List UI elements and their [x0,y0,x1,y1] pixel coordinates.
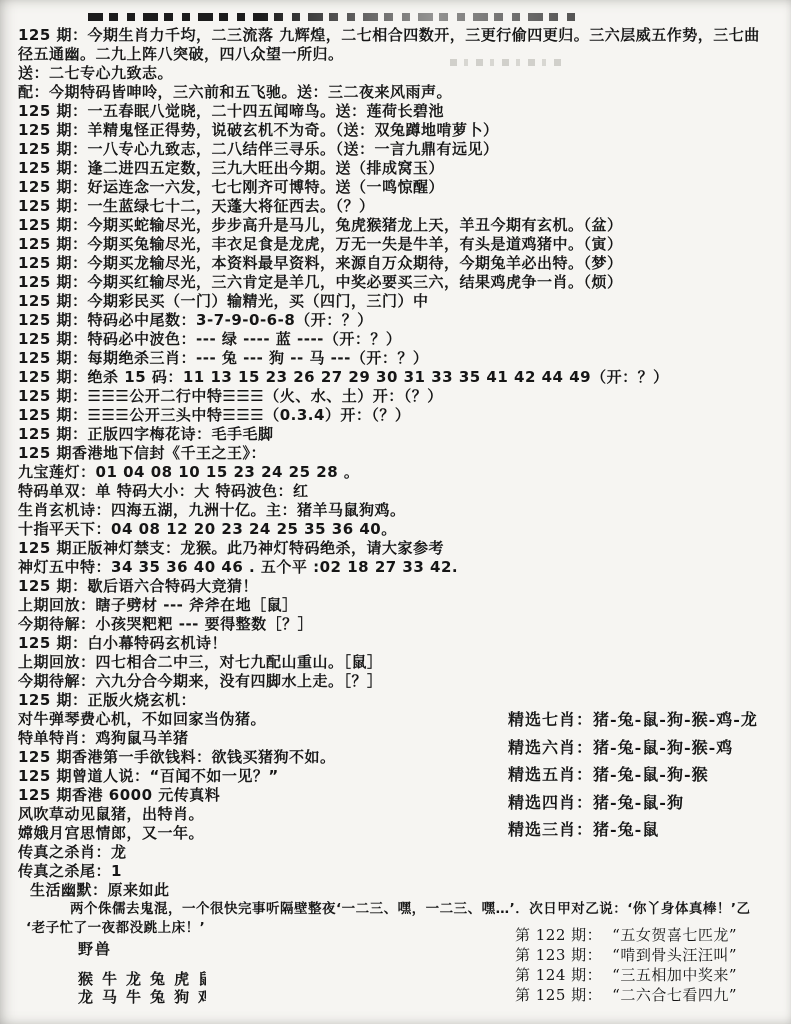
pick-row-four: 精选四肖：猪-兔-鼠-狗 [508,789,758,817]
text-line: 125 期：特码必中尾数：3-7-9-0-6-8（开：？） [18,311,775,330]
zodiac-picks-column: 精选七肖：猪-兔-鼠-狗-猴-鸡-龙 精选六肖：猪-兔-鼠-狗-猴-鸡 精选五肖… [508,706,758,844]
text-line: 特码单双：单 特码大小：大 特码波色：红 [18,482,775,501]
text-line: 神灯五中特：34 35 36 40 46 . 五个平 :02 18 27 33 … [18,558,775,577]
text-line: 125 期香港地下信封《千王之王》： [18,444,775,463]
beast-row: 龙马牛兔狗鸡 [78,988,206,1006]
text-line: 传真之杀肖：龙 [18,843,775,862]
beast-char: 兔 [150,988,174,1006]
text-line: 125 期：特码必中波色：--- 绿 ---- 蓝 ----（开：？） [18,330,775,349]
text-line: 十指平天下：04 08 12 20 23 24 25 35 36 40。 [18,520,775,539]
pick-row-seven: 精选七肖：猪-兔-鼠-狗-猴-鸡-龙 [508,706,758,734]
text-line: 125 期正版神灯禁支：龙猴。此乃神灯特码绝杀，请大家参考 [18,539,775,558]
beast-char: 牛 [126,988,150,1006]
text-line: 今期待解：小孩哭粑粑 --- 要得整数［？］ [18,615,775,634]
pick-row-five: 精选五肖：猪-兔-鼠-狗-猴 [508,761,758,789]
cut-off-text-fade [88,13,580,21]
text-line: 125 期：歇后语六合特码大竞猜！ [18,577,775,596]
issue-label: 第 124 期： [515,966,602,984]
issue-quote: “五女贺喜七匹龙” [612,926,737,944]
text-line: 125 期：好运连念一六发，七七刚齐可博特。送（一鸣惊醒） [18,178,775,197]
pick-value: 猪-兔-鼠 [593,820,659,839]
humor-joke-line-1: 两个侏儒去鬼混，一个很快完事听隔壁整夜‘一二三、嘿，一二三、嘿…’．次日甲对乙说… [18,900,775,919]
issue-label: 第 123 期： [515,946,602,964]
beast-row: 猴牛龙兔虎鼠 [78,970,206,988]
issue-label: 第 122 期： [515,926,602,944]
text-line: 125 期：今期买兔输尽光，丰衣足食是龙虎，万无一失是牛羊，有头是道鸡猪中。（寅… [18,235,775,254]
text-line: 上期回放：瞎子劈材 --- 斧斧在地［鼠］ [18,596,775,615]
text-line: 125 期：一五春眠八觉晓，二十四五闻啼鸟。送：莲荷长碧池 [18,102,775,121]
text-line: 125 期：☰☰☰公开二行中特☰☰☰（火、水、土）开：（？） [18,387,775,406]
pick-label: 精选六肖： [508,738,593,757]
text-line: 125 期：一生蓝绿七十二，天蓬大将征西去。（？） [18,197,775,216]
text-line: 上期回放：四七相合二中三，对七九配山重山。［鼠］ [18,653,775,672]
pick-label: 精选七肖： [508,710,593,729]
pick-value: 猪-兔-鼠-狗-猴 [593,765,709,784]
text-line: 125 期：羊精鬼怪正得势，说破玄机不为奇。（送：双兔蹲地啃萝卜） [18,121,775,140]
beast-char: 狗 [174,988,198,1006]
issue-row: 第 125 期：“二六合七看四九” [515,985,737,1005]
text-line: 125 期：今期买蛇输尽光，步步高升是马儿，兔虎猴猪龙上天，羊丑今期有玄机。（盆… [18,216,775,235]
beast-char-clipped: 鼠 [198,970,206,988]
cut-off-text-strip [88,13,580,21]
pick-value: 猪-兔-鼠-狗-猴-鸡-龙 [593,710,758,729]
issue-row: 第 123 期：“啃到骨头汪汪叫” [515,945,737,965]
beast-char: 马 [102,988,126,1006]
text-line: 125 期：一八专心九致志，二八结伴三寻乐。（送：一言九鼎有远见） [18,140,775,159]
pick-label: 精选五肖： [508,765,593,784]
beast-char: 猴 [78,970,102,988]
beast-char: 龙 [126,970,150,988]
past-issues-list: 第 122 期：“五女贺喜七匹龙” 第 123 期：“啃到骨头汪汪叫” 第 12… [515,925,737,1005]
text-line: 传真之杀尾：1 [18,862,775,881]
text-line: 125 期：白小幕特码玄机诗！ [18,634,775,653]
pick-label: 精选三肖： [508,820,593,839]
issue-quote: “三五相加中奖来” [612,966,737,984]
issue-label: 第 125 期： [515,986,602,1004]
beast-char: 鸡 [198,988,206,1006]
issue-row: 第 122 期：“五女贺喜七匹龙” [515,925,737,945]
text-line: 配：今期特码皆呻呤，三六前和五飞驰。送：三二夜来风雨声。 [18,83,775,102]
pick-label: 精选四肖： [508,793,593,812]
pick-value: 猪-兔-鼠-狗-猴-鸡 [593,738,733,757]
text-line: 125 期：逢二进四五定数，三九大旺出今期。送（排成窝玉） [18,159,775,178]
beast-rows: 猴牛龙兔虎鼠 龙马牛兔狗鸡 [78,970,206,1006]
text-line: 125 期：今期买龙输尽光，本资料最早资料，来源自万众期待，今期兔羊必出特。（梦… [18,254,775,273]
text-line: 125 期：正版四字梅花诗：毛手毛脚 [18,425,775,444]
beast-char: 牛 [102,970,126,988]
text-line: 送：二七专心九致志。 [18,64,775,83]
pick-value: 猪-兔-鼠-狗 [593,793,684,812]
beast-char: 龙 [78,988,102,1006]
beast-char-clipped: 鸡 [198,988,206,1006]
text-line: 125 期：☰☰☰公开三头中特☰☰☰（0.3.4）开：（？） [18,406,775,425]
beast-title: 野兽 [78,938,206,959]
beast-block: 野兽 猴牛龙兔虎鼠 龙马牛兔狗鸡 [78,938,206,1006]
text-line: 125 期：今期生肖力千均，二三流落 九辉煌，二七相合四数开，三更行偷四更归。三… [18,26,775,64]
pick-row-three: 精选三肖：猪-兔-鼠 [508,816,758,844]
text-line: 九宝莲灯：01 04 08 10 15 23 24 25 28 。 [18,463,775,482]
text-line: 125 期：今期彩民买（一门）输精光，买（四门，三门）中 [18,292,775,311]
beast-char: 虎 [174,970,198,988]
humor-title-line: 生活幽默：原来如此 [18,881,775,900]
text-line: 125 期：今期买红输尽光，三六肯定是羊几，中奖必要买三六，结果鸡虎争一肖。（烦… [18,273,775,292]
beast-char: 兔 [150,970,174,988]
issue-quote: “二六合七看四九” [612,986,737,1004]
text-line: 125 期：每期绝杀三肖：--- 兔 --- 狗 -- 马 ---（开：？） [18,349,775,368]
text-line: 125 期：绝杀 15 码：11 13 15 23 26 27 29 30 31… [18,368,775,387]
issue-row: 第 124 期：“三五相加中奖来” [515,965,737,985]
text-line: 生肖玄机诗：四海五湖，九洲十亿。主：猪羊马鼠狗鸡。 [18,501,775,520]
pick-row-six: 精选六肖：猪-兔-鼠-狗-猴-鸡 [508,734,758,762]
text-line: 今期待解：六九分合今期来，没有四脚水上走。［？］ [18,672,775,691]
issue-quote: “啃到骨头汪汪叫” [612,946,737,964]
beast-char: 鼠 [198,970,206,988]
